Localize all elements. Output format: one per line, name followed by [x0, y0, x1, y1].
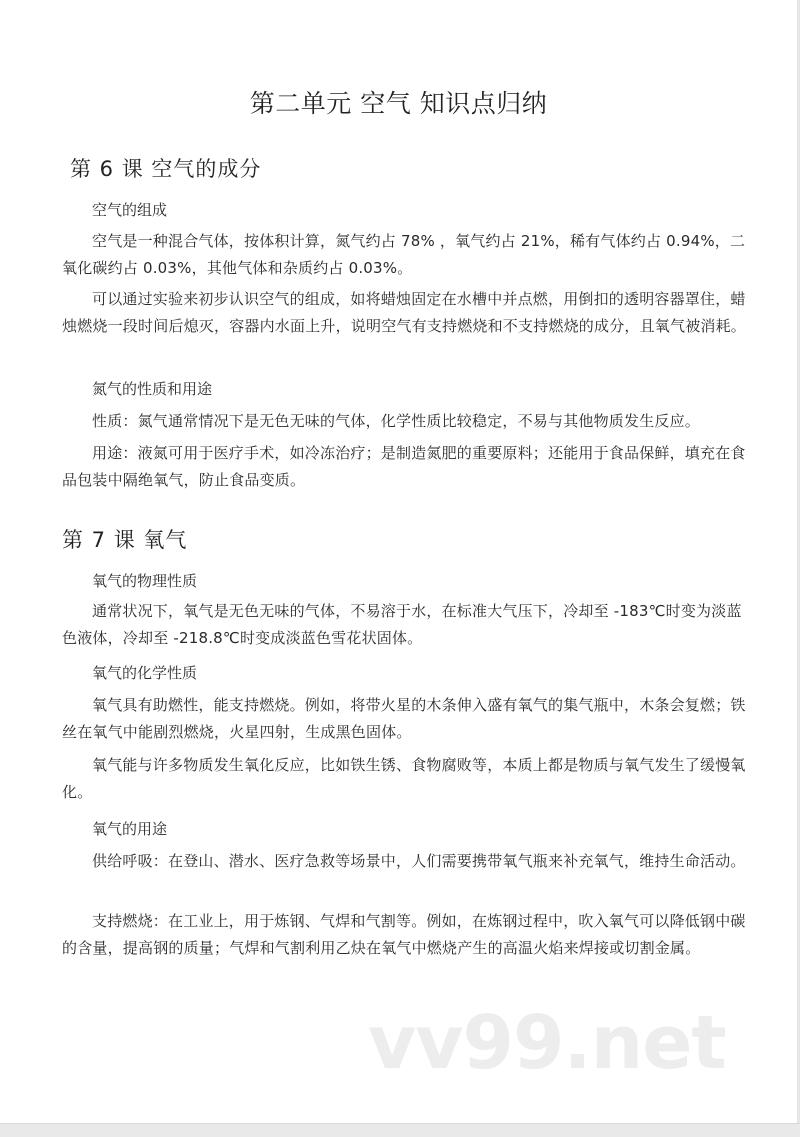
lesson-7-heading: 第 7 课 氧气 [62, 524, 187, 554]
paragraph-air-composition-1: 空气是一种混合气体，按体积计算，氮气约占 78% ，氧气约占 21%，稀有气体约… [62, 228, 752, 282]
paragraph-nitrogen-uses: 用途：液氮可用于医疗手术，如冷冻治疗；是制造氮肥的重要原料；还能用于食品保鲜，填… [62, 440, 752, 494]
paragraph-oxygen-chemical-2: 氧气能与许多物质发生氧化反应，比如铁生锈、食物腐败等，本质上都是物质与氧气发生了… [62, 752, 752, 806]
page-edge-bottom [0, 1123, 800, 1137]
watermark: vv99.net [368, 1000, 726, 1086]
section-heading-oxygen-chemical: 氧气的化学性质 [92, 662, 197, 683]
section-heading-oxygen-uses: 氧气的用途 [92, 818, 167, 839]
document-title: 第二单元 空气 知识点归纳 [0, 84, 797, 120]
lesson-6-heading: 第 6 课 空气的成分 [70, 153, 261, 183]
document-page: 第二单元 空气 知识点归纳 第 6 课 空气的成分 空气的组成 空气是一种混合气… [0, 0, 797, 1123]
section-heading-nitrogen: 氮气的性质和用途 [92, 378, 212, 399]
section-heading-oxygen-physical: 氧气的物理性质 [92, 570, 197, 591]
paragraph-air-composition-2: 可以通过实验来初步认识空气的组成，如将蜡烛固定在水槽中并点燃，用倒扣的透明容器罩… [62, 286, 752, 340]
section-heading-air-composition: 空气的组成 [92, 199, 167, 220]
paragraph-oxygen-uses-combustion: 支持燃烧：在工业上，用于炼钢、气焊和气割等。例如，在炼钢过程中，吹入氧气可以降低… [62, 908, 752, 962]
paragraph-nitrogen-properties: 性质：氮气通常情况下是无色无味的气体，化学性质比较稳定，不易与其他物质发生反应。 [62, 408, 752, 435]
paragraph-oxygen-physical: 通常状况下，氧气是无色无味的气体，不易溶于水，在标准大气压下，冷却至 -183℃… [62, 598, 752, 652]
paragraph-oxygen-uses-breathing: 供给呼吸：在登山、潜水、医疗急救等场景中，人们需要携带氧气瓶来补充氧气，维持生命… [62, 848, 752, 875]
paragraph-oxygen-chemical-1: 氧气具有助燃性，能支持燃烧。例如，将带火星的木条伸入盛有氧气的集气瓶中，木条会复… [62, 692, 752, 746]
